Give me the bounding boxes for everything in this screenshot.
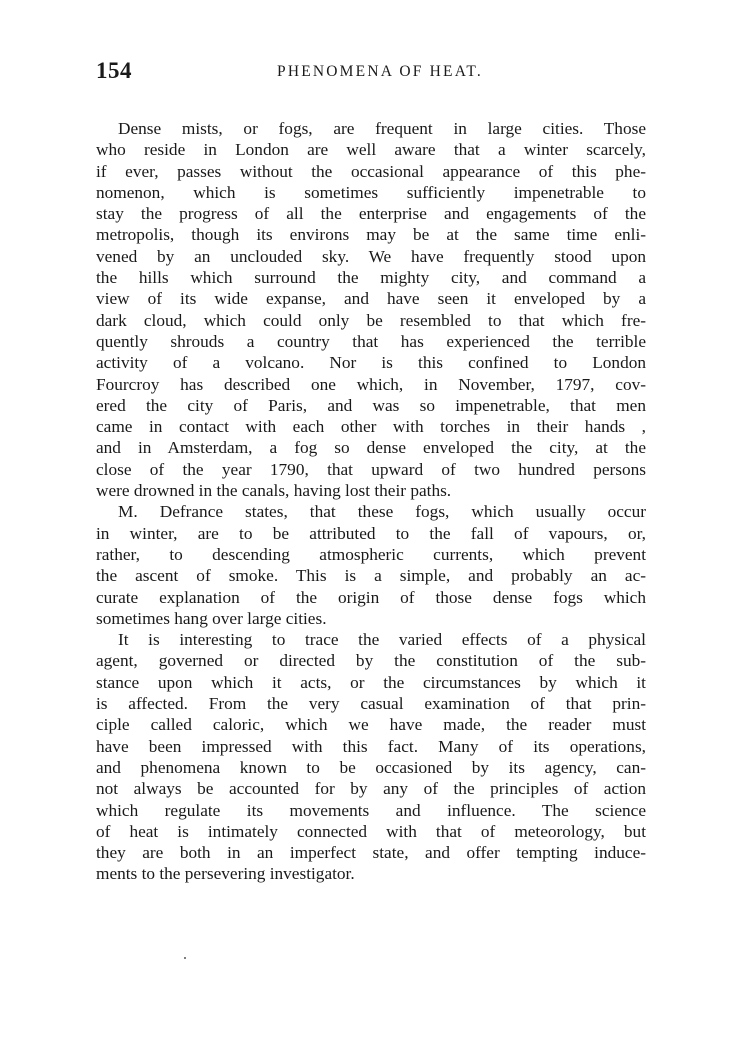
text-line: curate explanation of the origin of thos… bbox=[96, 587, 646, 608]
text-line: were drowned in the canals, having lost … bbox=[96, 480, 646, 501]
running-title: PHENOMENA OF HEAT. bbox=[96, 63, 646, 81]
text-line: view of its wide expanse, and have seen … bbox=[96, 288, 646, 309]
text-line: It is interesting to trace the varied ef… bbox=[96, 629, 646, 650]
text-line: M. Defrance states, that these fogs, whi… bbox=[96, 501, 646, 522]
print-speck bbox=[184, 957, 186, 959]
text-line: if ever, passes without the occasional a… bbox=[96, 161, 646, 182]
text-line: Dense mists, or fogs, are frequent in la… bbox=[96, 118, 646, 139]
text-line: and phenomena known to be occasioned by … bbox=[96, 757, 646, 778]
text-line: Fourcroy has described one which, in Nov… bbox=[96, 374, 646, 395]
paragraph-caloric: It is interesting to trace the varied ef… bbox=[96, 629, 646, 885]
text-line: stay the progress of all the enterprise … bbox=[96, 203, 646, 224]
text-line: rather, to descending atmospheric curren… bbox=[96, 544, 646, 565]
text-line: quently shrouds a country that has exper… bbox=[96, 331, 646, 352]
text-line: and in Amsterdam, a fog so dense envelop… bbox=[96, 437, 646, 458]
paragraph-fogs-in-cities: Dense mists, or fogs, are frequent in la… bbox=[96, 118, 646, 501]
text-line: stance upon which it acts, or the circum… bbox=[96, 672, 646, 693]
text-line: vened by an unclouded sky. We have frequ… bbox=[96, 246, 646, 267]
text-line: ciple called caloric, which we have made… bbox=[96, 714, 646, 735]
text-line: nomenon, which is sometimes sufficiently… bbox=[96, 182, 646, 203]
body-text: Dense mists, or fogs, are frequent in la… bbox=[96, 118, 646, 885]
text-line: sometimes hang over large cities. bbox=[96, 608, 646, 629]
text-line: they are both in an imperfect state, and… bbox=[96, 842, 646, 863]
text-line: of heat is intimately connected with tha… bbox=[96, 821, 646, 842]
text-line: ments to the persevering investigator. bbox=[96, 863, 646, 884]
text-line: is affected. From the very casual examin… bbox=[96, 693, 646, 714]
running-head: 154 PHENOMENA OF HEAT. bbox=[96, 58, 646, 88]
text-line: close of the year 1790, that upward of t… bbox=[96, 459, 646, 480]
text-line: in winter, are to be attributed to the f… bbox=[96, 523, 646, 544]
text-line: ered the city of Paris, and was so impen… bbox=[96, 395, 646, 416]
text-line: not always be accounted for by any of th… bbox=[96, 778, 646, 799]
text-line: dark cloud, which could only be resemble… bbox=[96, 310, 646, 331]
text-line: which regulate its movements and influen… bbox=[96, 800, 646, 821]
text-line: the ascent of smoke. This is a simple, a… bbox=[96, 565, 646, 586]
text-line: have been impressed with this fact. Many… bbox=[96, 736, 646, 757]
text-line: came in contact with each other with tor… bbox=[96, 416, 646, 437]
text-line: activity of a volcano. Nor is this confi… bbox=[96, 352, 646, 373]
text-line: the hills which surround the mighty city… bbox=[96, 267, 646, 288]
paragraph-defrance: M. Defrance states, that these fogs, whi… bbox=[96, 501, 646, 629]
text-line: agent, governed or directed by the const… bbox=[96, 650, 646, 671]
book-page: 154 PHENOMENA OF HEAT. Dense mists, or f… bbox=[0, 0, 750, 1050]
text-line: who reside in London are well aware that… bbox=[96, 139, 646, 160]
text-line: metropolis, though its environs may be a… bbox=[96, 224, 646, 245]
